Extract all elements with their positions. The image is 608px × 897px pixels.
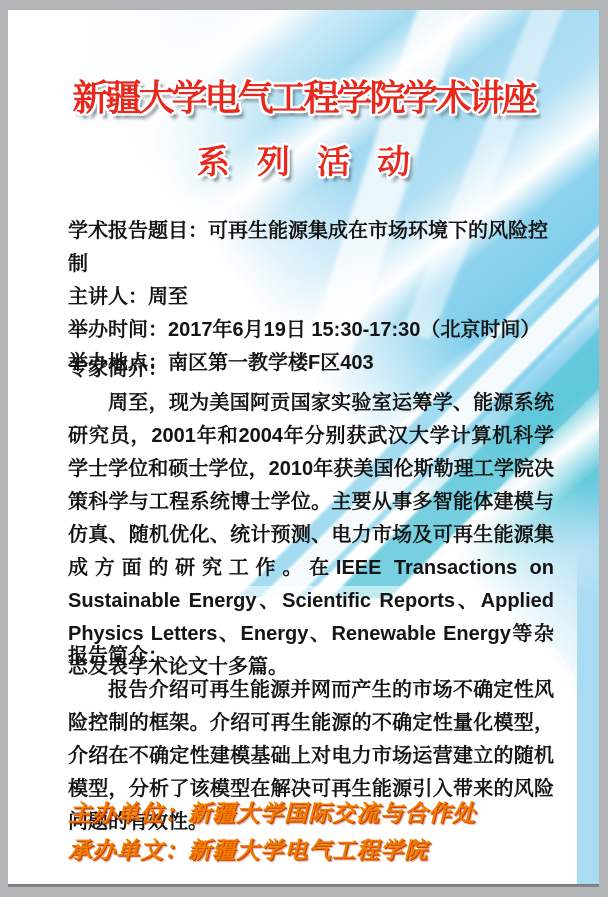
viewer-background: 新疆大学电气工程学院学术讲座 系 列 活 动 学术报告题目：可再生能源集成在市场…: [0, 0, 608, 897]
organizer-host-line: 主办单位：新疆大学国际交流与合作处: [68, 795, 554, 832]
organizer-undertaker-line: 承办单文：新疆大学电气工程学院: [68, 832, 554, 869]
background-right-blue-band: [577, 550, 599, 884]
event-speaker-line: 主讲人：周至: [68, 281, 554, 314]
expert-section-heading: 专家简介：: [68, 354, 554, 384]
event-time-line: 举办时间：2017年6月19日 15:30-17:30（北京时间）: [68, 314, 554, 347]
lecture-poster: 新疆大学电气工程学院学术讲座 系 列 活 动 学术报告题目：可再生能源集成在市场…: [8, 10, 599, 884]
organizer-block: 主办单位：新疆大学国际交流与合作处 承办单文：新疆大学电气工程学院: [68, 795, 554, 869]
poster-subtitle: 系 列 活 动: [8, 136, 599, 183]
event-topic-line: 学术报告题目：可再生能源集成在市场环境下的风险控制: [68, 215, 554, 281]
expert-bio-paragraph: 周至，现为美国阿贡国家实验室运筹学、能源系统研究员，2001年和2004年分别获…: [68, 387, 554, 684]
report-section-heading: 报告简介：: [68, 641, 554, 671]
poster-title: 新疆大学电气工程学院学术讲座: [8, 70, 599, 121]
